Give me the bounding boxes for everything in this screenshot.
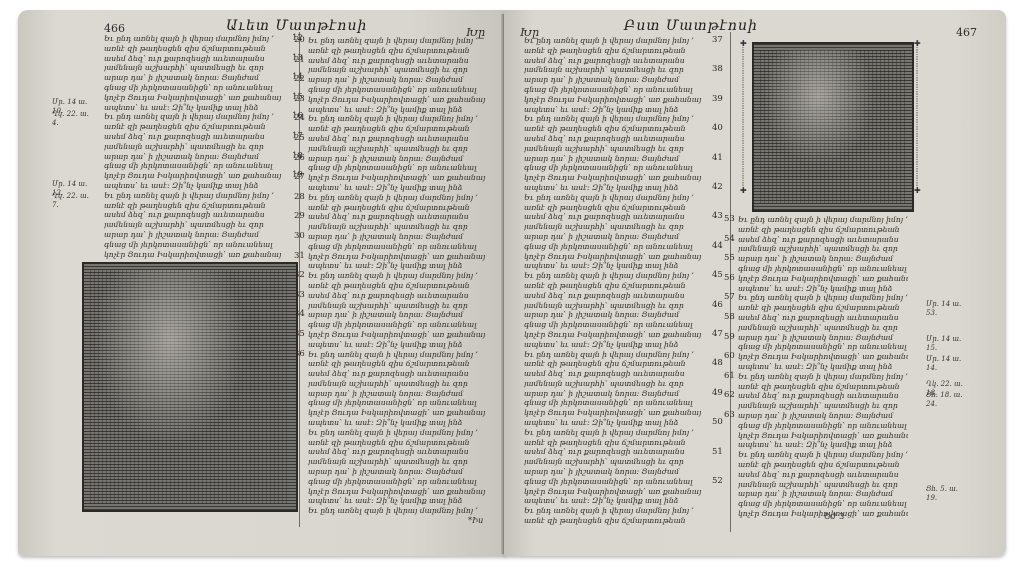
text-line: կոչէր Յուդա Իսկարիովտացի՝ առ քահանայ <box>524 252 710 262</box>
verse-number: 27 <box>294 173 305 183</box>
woodcut-image <box>760 50 906 204</box>
text-line: ասեմ ձեզ՝ ուր քարոզեսցի աւետարանս <box>308 212 488 222</box>
verse-number: 49 <box>712 389 723 399</box>
verse-number: 22 <box>294 75 305 85</box>
verse-number: 56 <box>724 274 735 284</box>
text-line: Եւ ընդ առնել զայն ի վերայ մարմնոյ իմոյ ՚ <box>738 372 908 382</box>
verse-number: 31 <box>294 252 305 262</box>
text-line: Եւ ընդ առնել զայն ի վերայ մարմնոյ իմոյ ՚ <box>308 36 488 46</box>
text-line: ասեմ ձեզ՝ ուր քարոզեսցի աւետարանս <box>738 391 908 401</box>
text-line: յամենայն աշխարհի՝ պատմեսցի եւ զոր <box>104 63 290 73</box>
text-line: կոչէր Յուդա Իսկարիովտացի՝ առ քահանայ <box>308 173 488 183</box>
text-line: ապետս՝ եւ ասէ։ Զի՞նչ կամիք տալ ինձ <box>738 284 908 294</box>
marginal-reference: Մր. 14 ա. 15. <box>926 335 966 353</box>
right-page: Խը Բստ Մատթէոսի 467 Եւ ընդ առնել զայն ի … <box>504 10 1006 556</box>
verse-number: 40 <box>712 124 723 134</box>
verse-number: 23 <box>294 95 305 105</box>
verse-number: 57 <box>724 293 735 303</box>
text-line: առնէ զի թաղեսցեն զիս ճշմարտութեան <box>308 281 488 291</box>
text-line: ասեմ ձեզ՝ ուր քարոզեսցի աւետարանս <box>308 369 488 379</box>
text-line: Եւ ընդ առնել զայն ի վերայ մարմնոյ իմոյ ՚ <box>524 350 710 360</box>
text-line: Եւ ընդ առնել զայն ի վերայ մարմնոյ իմոյ ՚ <box>308 271 488 281</box>
text-line: Եւ ընդ առնել զայն ի վերայ մարմնոյ իմոյ ՚ <box>104 112 290 122</box>
verse-number: 63 <box>724 411 735 421</box>
text-line: առնէ զի թաղեսցեն զիս ճշմարտութեան <box>738 225 908 235</box>
text-line: յամենայն աշխարհի՝ պատմեսցի եւ զոր <box>104 220 290 230</box>
text-line: առնէ զի թաղեսցեն զիս ճշմարտութեան <box>524 438 710 448</box>
text-line: Եւ ընդ առնել զայն ի վերայ մարմնոյ իմոյ ՚ <box>308 350 488 360</box>
verse-number: 62 <box>724 391 735 401</box>
verse-number: 47 <box>712 330 723 340</box>
text-line: գնաց մի յերկոտասանիցն՝ որ անուանեալ <box>738 499 908 509</box>
open-book: 466 Աւետ Մատթէոսի Խը Եւ ընդ առնել զայն ի… <box>18 10 1018 568</box>
verse-number: 45 <box>712 271 723 281</box>
text-line: յամենայն աշխարհի՝ պատմեսցի եւ զոր <box>308 65 488 75</box>
text-line: կոչէր Յուդա Իսկարիովտացի՝ առ քահանայ <box>308 330 488 340</box>
text-column-right-b: Եւ ընդ առնել զայն ի վերայ մարմնոյ իմոյ ՚… <box>738 215 908 519</box>
text-line: յամենայն աշխարհի՝ պատմեսցի եւ զոր <box>308 222 488 232</box>
verse-number: 50 <box>712 418 723 428</box>
text-line: գնաց մի յերկոտասանիցն՝ որ անուանեալ <box>524 320 710 330</box>
text-line: կոչէր Յուդա Իսկարիովտացի՝ առ քահանայ <box>104 250 290 260</box>
text-line: արար դա՝ ի յիշատակ նորա։ Յայնժամ <box>308 467 488 477</box>
text-line: ապետս՝ եւ ասէ։ Զի՞նչ կամիք տալ ինձ <box>308 183 488 193</box>
text-line: արար դա՝ ի յիշատակ նորա։ Յայնժամ <box>104 152 290 162</box>
text-line: Եւ ընդ առնել զայն ի վերայ մարմնոյ իմոյ ՚ <box>524 271 710 281</box>
text-line: առնէ զի թաղեսցեն զիս ճշմարտութեան <box>308 203 488 213</box>
text-line: գնաց մի յերկոտասանիցն՝ որ անուանեալ <box>524 163 710 173</box>
text-line: արար դա՝ ի յիշատակ նորա։ Յայնժամ <box>104 230 290 240</box>
text-line: ապետս՝ եւ ասէ։ Զի՞նչ կամիք տալ ինձ <box>524 418 710 428</box>
text-line: առնէ զի թաղեսցեն զիս ճշմարտութեան <box>524 281 710 291</box>
text-line: արար դա՝ ի յիշատակ նորա։ Յայնժամ <box>308 232 488 242</box>
verse-number: 54 <box>724 235 735 245</box>
verse-number: 20 <box>294 36 305 46</box>
text-line: ասեմ ձեզ՝ ուր քարոզեսցի աւետարանս <box>524 291 710 301</box>
text-line: ապետս՝ եւ ասէ։ Զի՞նչ կամիք տալ ինձ <box>308 105 488 115</box>
text-line: արար դա՝ ի յիշատակ նորա։ Յայնժամ <box>738 333 908 343</box>
verse-number: 41 <box>712 154 723 164</box>
woodcut-image <box>90 270 290 504</box>
text-line: արար դա՝ ի յիշատակ նորա։ Յայնժամ <box>524 389 710 399</box>
text-line: յամենայն աշխարհի՝ պատմեսցի եւ զոր <box>738 401 908 411</box>
verse-number: 51 <box>712 448 723 458</box>
text-line: գնաց մի յերկոտասանիցն՝ որ անուանեալ <box>738 421 908 431</box>
text-line: յամենայն աշխարհի՝ պատմեսցի եւ զոր <box>524 379 710 389</box>
text-line: արար դա՝ ի յիշատակ նորա։ Յայնժամ <box>524 467 710 477</box>
verse-number: 42 <box>712 183 723 193</box>
marginal-reference: Յհ. 18. ա. 24. <box>926 391 966 409</box>
text-line: Եւ ընդ առնել զայն ի վերայ մարմնոյ իմոյ ՚ <box>308 114 488 124</box>
text-line: ասեմ ձեզ՝ ուր քարոզեսցի աւետարանս <box>524 447 710 457</box>
text-line: արար դա՝ ի յիշատակ նորա։ Յայնժամ <box>308 389 488 399</box>
text-line: ապետս՝ եւ ասէ։ Զի՞նչ կամիք տալ ինձ <box>738 362 908 372</box>
running-header: Աւետ Մատթէոսի <box>226 18 367 34</box>
text-line: առնէ զի թաղեսցեն զիս ճշմարտութեան <box>738 382 908 392</box>
text-line: առնէ զի թաղեսցեն զիս ճշմարտութեան <box>738 460 908 470</box>
text-line: ասեմ ձեզ՝ ուր քարոզեսցի աւետարանս <box>308 447 488 457</box>
verse-number: 48 <box>712 359 723 369</box>
text-line: գնաց մի յերկոտասանիցն՝ որ անուանեալ <box>308 163 488 173</box>
text-line: Եւ ընդ առնել զայն ի վերայ մարմնոյ իմոյ ՚ <box>738 293 908 303</box>
text-line: ապետս՝ եւ ասէ։ Զի՞նչ կամիք տալ ինձ <box>524 105 710 115</box>
text-line: առնէ զի թաղեսցեն զիս ճշմարտութեան <box>308 46 488 56</box>
text-line: արար դա՝ ի յիշատակ նորա։ Յայնժամ <box>308 75 488 85</box>
verse-number: 25 <box>294 134 305 144</box>
page-number: 467 <box>956 26 977 39</box>
text-line: կոչէր Յուդա Իսկարիովտացի՝ առ քահանայ <box>738 274 908 284</box>
text-line: կոչէր Յուդա Իսկարիովտացի՝ առ քահանայ <box>104 171 290 181</box>
text-line: առնէ զի թաղեսցեն զիս ճշմարտութեան <box>524 359 710 369</box>
text-line: արար դա՝ ի յիշատակ նորա։ Յայնժամ <box>738 254 908 264</box>
verse-number: 55 <box>724 254 735 264</box>
arrest-of-christ-woodcut: The Arrest of Christ woodcut <box>752 42 914 212</box>
text-line: Եւ ընդ առնել զայն ի վերայ մարմնոյ իմոյ ՚ <box>308 193 488 203</box>
marginal-reference: Յհ. 5. ա. 19. <box>926 485 966 503</box>
text-line: գնաց մի յերկոտասանիցն՝ որ անուանեալ <box>738 342 908 352</box>
text-line: ասեմ ձեզ՝ ուր քարոզեսցի աւետարանս <box>524 134 710 144</box>
text-line: գնաց մի յերկոտասանիցն՝ որ անուանեալ <box>104 161 290 171</box>
text-line: յամենայն աշխարհի՝ պատմեսցի եւ զոր <box>308 457 488 467</box>
text-line: կոչէր Յուդա Իսկարիովտացի՝ առ քահանայ <box>308 95 488 105</box>
text-line: ասեմ ձեզ՝ ուր քարոզեսցի աւետարանս <box>104 54 290 64</box>
verse-number: 44 <box>712 242 723 252</box>
verse-number: 30 <box>294 232 305 242</box>
verse-number: 28 <box>294 193 305 203</box>
text-line: ասեմ ձեզ՝ ուր քարոզեսցի աւետարանս <box>308 134 488 144</box>
text-line: Եւ ընդ առնել զայն ի վերայ մարմնոյ իմոյ ՚ <box>524 36 710 46</box>
left-page: 466 Աւետ Մատթէոսի Խը Եւ ընդ առնել զայն ի… <box>18 10 506 556</box>
marginal-reference: Ղկ. 22. ա. 4. <box>52 110 92 128</box>
text-line: արար դա՝ ի յիշատակ նորա։ Յայնժամ <box>524 154 710 164</box>
verse-number: 26 <box>294 154 305 164</box>
text-line: ապետս՝ եւ ասէ։ Զի՞նչ կամիք տալ ինձ <box>308 261 488 271</box>
text-line: յամենայն աշխարհի՝ պատմեսցի եւ զոր <box>524 65 710 75</box>
verse-number: 60 <box>724 352 735 362</box>
text-line: առնէ զի թաղեսցեն զիս ճշմարտութեան <box>524 46 710 56</box>
text-line: յամենայն աշխարհի՝ պատմեսցի եւ զոր <box>104 142 290 152</box>
text-line: ապետս՝ եւ ասէ։ Զի՞նչ կամիք տալ ինձ <box>104 181 290 191</box>
text-line: առնէ զի թաղեսցեն զիս ճշմարտութեան <box>308 438 488 448</box>
text-line: գնաց մի յերկոտասանիցն՝ որ անուանեալ <box>524 477 710 487</box>
marginal-reference: Ղկ. 22. ա. 7. <box>52 192 92 210</box>
text-line: կոչէր Յուդա Իսկարիովտացի՝ առ քահանայ <box>308 252 488 262</box>
text-line: արար դա՝ ի յիշատակ նորա։ Յայնժամ <box>524 75 710 85</box>
verse-number: 61 <box>724 372 735 382</box>
text-line: առնէ զի թաղեսցեն զիս ճշմարտութեան <box>524 124 710 134</box>
text-line: ասեմ ձեզ՝ ուր քարոզեսցի աւետարանս <box>104 210 290 220</box>
text-line: կոչէր Յուդա Իսկարիովտացի՝ առ քահանայ <box>524 408 710 418</box>
text-line: առնէ զի թաղեսցեն զիս ճշմարտութեան <box>308 124 488 134</box>
text-line: արար դա՝ ի յիշատակ նորա։ Յայնժամ <box>104 73 290 83</box>
text-line: յամենայն աշխարհի՝ պատմեսցի եւ զոր <box>738 244 908 254</box>
text-line: Եւ ընդ առնել զայն ի վերայ մարմնոյ իմոյ ՚ <box>524 114 710 124</box>
text-line: արար դա՝ ի յիշատակ նորա։ Յայնժամ <box>308 154 488 164</box>
verse-number: 43 <box>712 212 723 222</box>
text-line: յամենայն աշխարհի՝ պատմեսցի եւ զոր <box>524 222 710 232</box>
text-line: ասեմ ձեզ՝ ուր քարոզեսցի աւետարանս <box>738 235 908 245</box>
text-line: Եւ ընդ առնել զայն ի վերայ մարմնոյ իմոյ ՚ <box>524 193 710 203</box>
text-column-right-a: Եւ ընդ առնել զայն ի վերայ մարմնոյ իմոյ ՚… <box>524 36 710 526</box>
text-line: կոչէր Յուդա Իսկարիովտացի՝ առ քահանայ <box>524 173 710 183</box>
text-line: գնաց մի յերկոտասանիցն՝ որ անուանեալ <box>104 83 290 93</box>
text-line: ապետս՝ եւ ասէ։ Զի՞նչ կամիք տալ ինձ <box>524 183 710 193</box>
text-line: յամենայն աշխարհի՝ պատմեսցի եւ զոր <box>524 301 710 311</box>
verse-number: 21 <box>294 56 305 66</box>
text-line: կոչէր Յուդա Իսկարիովտացի՝ առ քահանայ <box>524 330 710 340</box>
text-line: արար դա՝ ի յիշատակ նորա։ Յայնժամ <box>738 489 908 499</box>
verse-number: 58 <box>724 313 735 323</box>
signature-mark: ՇԺ 3 <box>824 512 844 521</box>
text-line: ապետս՝ եւ ասէ։ Զի՞նչ կամիք տալ ինձ <box>308 418 488 428</box>
text-line: ապետս՝ եւ ասէ։ Զի՞նչ կամիք տալ ինձ <box>524 340 710 350</box>
text-line: Եւ ընդ առնել զայն ի վերայ մարմնոյ իմոյ ՚ <box>308 506 488 516</box>
text-line: ասեմ ձեզ՝ ուր քարոզեսցի աւետարանս <box>524 369 710 379</box>
verse-number: 37 <box>712 36 723 46</box>
marginal-reference: Մր. 14 ա. 14. <box>926 355 966 373</box>
text-line: գնաց մի յերկոտասանիցն՝ որ անուանեալ <box>308 320 488 330</box>
text-line: կոչէր Յուդա Իսկարիովտացի՝ առ քահանայ <box>524 95 710 105</box>
text-line: առնէ զի թաղեսցեն զիս ճշմարտութեան <box>738 303 908 313</box>
last-supper-woodcut: The Last Supper woodcut <box>82 262 298 512</box>
text-line: արար դա՝ ի յիշատակ նորա։ Յայնժամ <box>524 232 710 242</box>
text-column-left-a: Եւ ընդ առնել զայն ի վերայ մարմնոյ իմոյ ՚… <box>104 34 290 259</box>
text-line: գնաց մի յերկոտասանիցն՝ որ անուանեալ <box>308 242 488 252</box>
text-line: առնէ զի թաղեսցեն զիս ճշմարտութեան <box>524 516 710 526</box>
text-line: ասեմ ձեզ՝ ուր քարոզեսցի աւետարանս <box>738 470 908 480</box>
text-line: արար դա՝ ի յիշատակ նորա։ Յայնժամ <box>524 310 710 320</box>
text-line: առնէ զի թաղեսցեն զիս ճշմարտութեան <box>308 359 488 369</box>
verse-number: 52 <box>712 477 723 487</box>
text-line: ասեմ ձեզ՝ ուր քարոզեսցի աւետարանս <box>308 291 488 301</box>
text-line: գնաց մի յերկոտասանիցն՝ որ անուանեալ <box>308 477 488 487</box>
running-header: Բստ Մատթէոսի <box>624 18 758 34</box>
text-line: յամենայն աշխարհի՝ պատմեսցի եւ զոր <box>308 301 488 311</box>
verse-number: 46 <box>712 301 723 311</box>
text-line: առնէ զի թաղեսցեն զիս ճշմարտութեան <box>104 122 290 132</box>
text-line: գնաց մի յերկոտասանիցն՝ որ անուանեալ <box>524 398 710 408</box>
border-ornament: ✚⁞⁞⁞⁞⁞⁞⁞⁞⁞⁞⁞⁞⁞⁞⁞⁞⁞⁞⁞⁞✚ <box>740 40 746 210</box>
text-line: ապետս՝ եւ ասէ։ Զի՞նչ կամիք տալ ինձ <box>104 103 290 113</box>
text-line: Եւ ընդ առնել զայն ի վերայ մարմնոյ իմոյ ՚ <box>738 215 908 225</box>
verse-number: 53 <box>724 215 735 225</box>
text-line: առնէ զի թաղեսցեն զիս ճշմարտութեան <box>104 201 290 211</box>
text-line: գնաց մի յերկոտասանիցն՝ որ անուանեալ <box>104 240 290 250</box>
text-line: Եւ ընդ առնել զայն ի վերայ մարմնոյ իմոյ ՚ <box>104 191 290 201</box>
verse-number: 29 <box>294 212 305 222</box>
text-line: Եւ ընդ առնել զայն ի վերայ մարմնոյ իմոյ ՚ <box>738 450 908 460</box>
marginal-reference: Մր. 14 ա. 53. <box>926 300 966 318</box>
verse-number: 38 <box>712 65 723 75</box>
text-line: ապետս՝ եւ ասէ։ Զի՞նչ կամիք տալ ինձ <box>308 496 488 506</box>
text-line: ասեմ ձեզ՝ ուր քարոզեսցի աւետարանս <box>738 313 908 323</box>
text-line: գնաց մի յերկոտասանիցն՝ որ անուանեալ <box>524 85 710 95</box>
text-line: կոչէր Յուդա Իսկարիովտացի՝ առ քահանայ <box>524 487 710 497</box>
text-line: գնաց մի յերկոտասանիցն՝ որ անուանեալ <box>738 264 908 274</box>
text-line: առնէ զի թաղեսցեն զիս ճշմարտութեան <box>104 44 290 54</box>
text-column-left-b: Եւ ընդ առնել զայն ի վերայ մարմնոյ իմոյ ՚… <box>308 36 488 516</box>
text-line: յամենայն աշխարհի՝ պատմեսցի եւ զոր <box>308 379 488 389</box>
text-line: ասեմ ձեզ՝ ուր քարոզեսցի աւետարանս <box>308 56 488 66</box>
text-line: յամենայն աշխարհի՝ պատմեսցի եւ զոր <box>738 323 908 333</box>
text-line: ասեմ ձեզ՝ ուր քարոզեսցի աւետարանս <box>524 56 710 66</box>
text-line: կոչէր Յուդա Իսկարիովտացի՝ առ քահանայ <box>104 93 290 103</box>
verse-number: 39 <box>712 95 723 105</box>
text-line: յամենայն աշխարհի՝ պատմեսցի եւ զոր <box>524 457 710 467</box>
text-line: արար դա՝ ի յիշատակ նորա։ Յայնժամ <box>308 310 488 320</box>
text-line: ասեմ ձեզ՝ ուր քարոզեսցի աւետարանս <box>104 132 290 142</box>
text-line: ասեմ ձեզ՝ ուր քարոզեսցի աւետարանս <box>524 212 710 222</box>
text-line: ապետս՝ եւ ասէ։ Զի՞նչ կամիք տալ ինձ <box>524 496 710 506</box>
text-line: յամենայն աշխարհի՝ պատմեսցի եւ զոր <box>308 144 488 154</box>
verse-number: 24 <box>294 114 305 124</box>
text-line: կոչէր Յուդա Իսկարիովտացի՝ առ քահանայ <box>738 431 908 441</box>
text-line: Եւ ընդ առնել զայն ի վերայ մարմնոյ իմոյ ՚ <box>104 34 290 44</box>
text-line: կոչէր Յուդա Իսկարիովտացի՝ առ քահանայ <box>308 408 488 418</box>
text-line: յամենայն աշխարհի՝ պատմեսցի եւ զոր <box>738 480 908 490</box>
text-line: գնաց մի յերկոտասանիցն՝ որ անուանեալ <box>308 85 488 95</box>
verse-number: 59 <box>724 333 735 343</box>
text-line: ապետս՝ եւ ասէ։ Զի՞նչ կամիք տալ ինձ <box>738 440 908 450</box>
text-line: գնաց մի յերկոտասանիցն՝ որ անուանեալ <box>524 242 710 252</box>
text-line: առնէ զի թաղեսցեն զիս ճշմարտութեան <box>524 203 710 213</box>
text-line: արար դա՝ ի յիշատակ նորա։ Յայնժամ <box>738 411 908 421</box>
text-line: Եւ ընդ առնել զայն ի վերայ մարմնոյ իմոյ ՚ <box>524 428 710 438</box>
border-ornament: ✚⁞⁞⁞⁞⁞⁞⁞⁞⁞⁞⁞⁞⁞⁞⁞⁞⁞⁞⁞⁞✚ <box>914 40 920 210</box>
text-line: Եւ ընդ առնել զայն ի վերայ մարմնոյ իմոյ ՚ <box>524 506 710 516</box>
text-line: կոչէր Յուդա Իսկարիովտացի՝ առ քահանայ <box>308 487 488 497</box>
text-line: յամենայն աշխարհի՝ պատմեսցի եւ զոր <box>524 144 710 154</box>
text-line: Եւ ընդ առնել զայն ի վերայ մարմնոյ իմոյ ՚ <box>308 428 488 438</box>
text-line: գնաց մի յերկոտասանիցն՝ որ անուանեալ <box>308 398 488 408</box>
text-line: կոչէր Յուդա Իսկարիովտացի՝ առ քահանայ <box>738 509 908 519</box>
text-line: ապետս՝ եւ ասէ։ Զի՞նչ կամիք տալ ինձ <box>308 340 488 350</box>
catchword: *Իս <box>468 516 483 525</box>
text-line: ապետս՝ եւ ասէ։ Զի՞նչ կամիք տալ ինձ <box>524 261 710 271</box>
text-line: կոչէր Յուդա Իսկարիովտացի՝ առ քահանայ <box>738 352 908 362</box>
